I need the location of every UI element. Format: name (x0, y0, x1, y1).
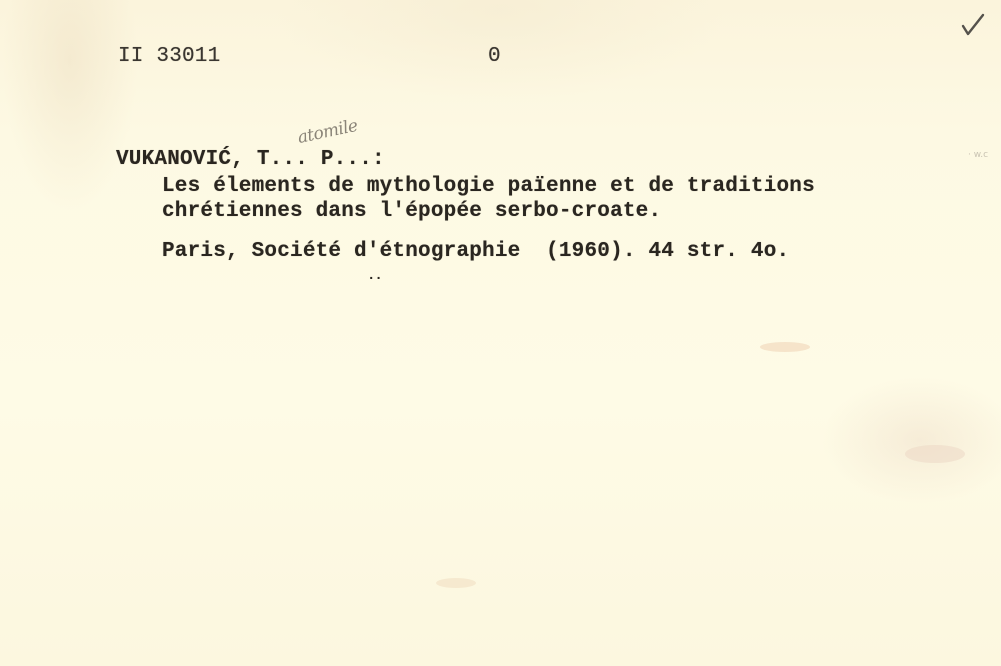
author-heading: VUKANOVIĆ, T... P...: (116, 149, 385, 170)
dots-mark: .. (367, 268, 382, 284)
paper-stain (905, 445, 965, 463)
catalog-card: II 33011 0 atomile VUKANOVIĆ, T... P...:… (0, 0, 1001, 666)
handwritten-annotation: atomile (296, 116, 360, 148)
title-line-2: chrétiennes dans l'épopée serbo-croate. (162, 201, 661, 222)
card-code: 0 (488, 46, 501, 67)
title-line-1: Les élements de mythologie païenne et de… (162, 176, 815, 197)
paper-stain (760, 342, 810, 352)
stray-mark: · w.c (968, 150, 988, 160)
imprint-line: Paris, Société d'étnographie (1960). 44 … (162, 241, 789, 262)
call-number: II 33011 (118, 46, 220, 67)
paper-stain (436, 578, 476, 588)
checkmark-icon (960, 12, 986, 38)
